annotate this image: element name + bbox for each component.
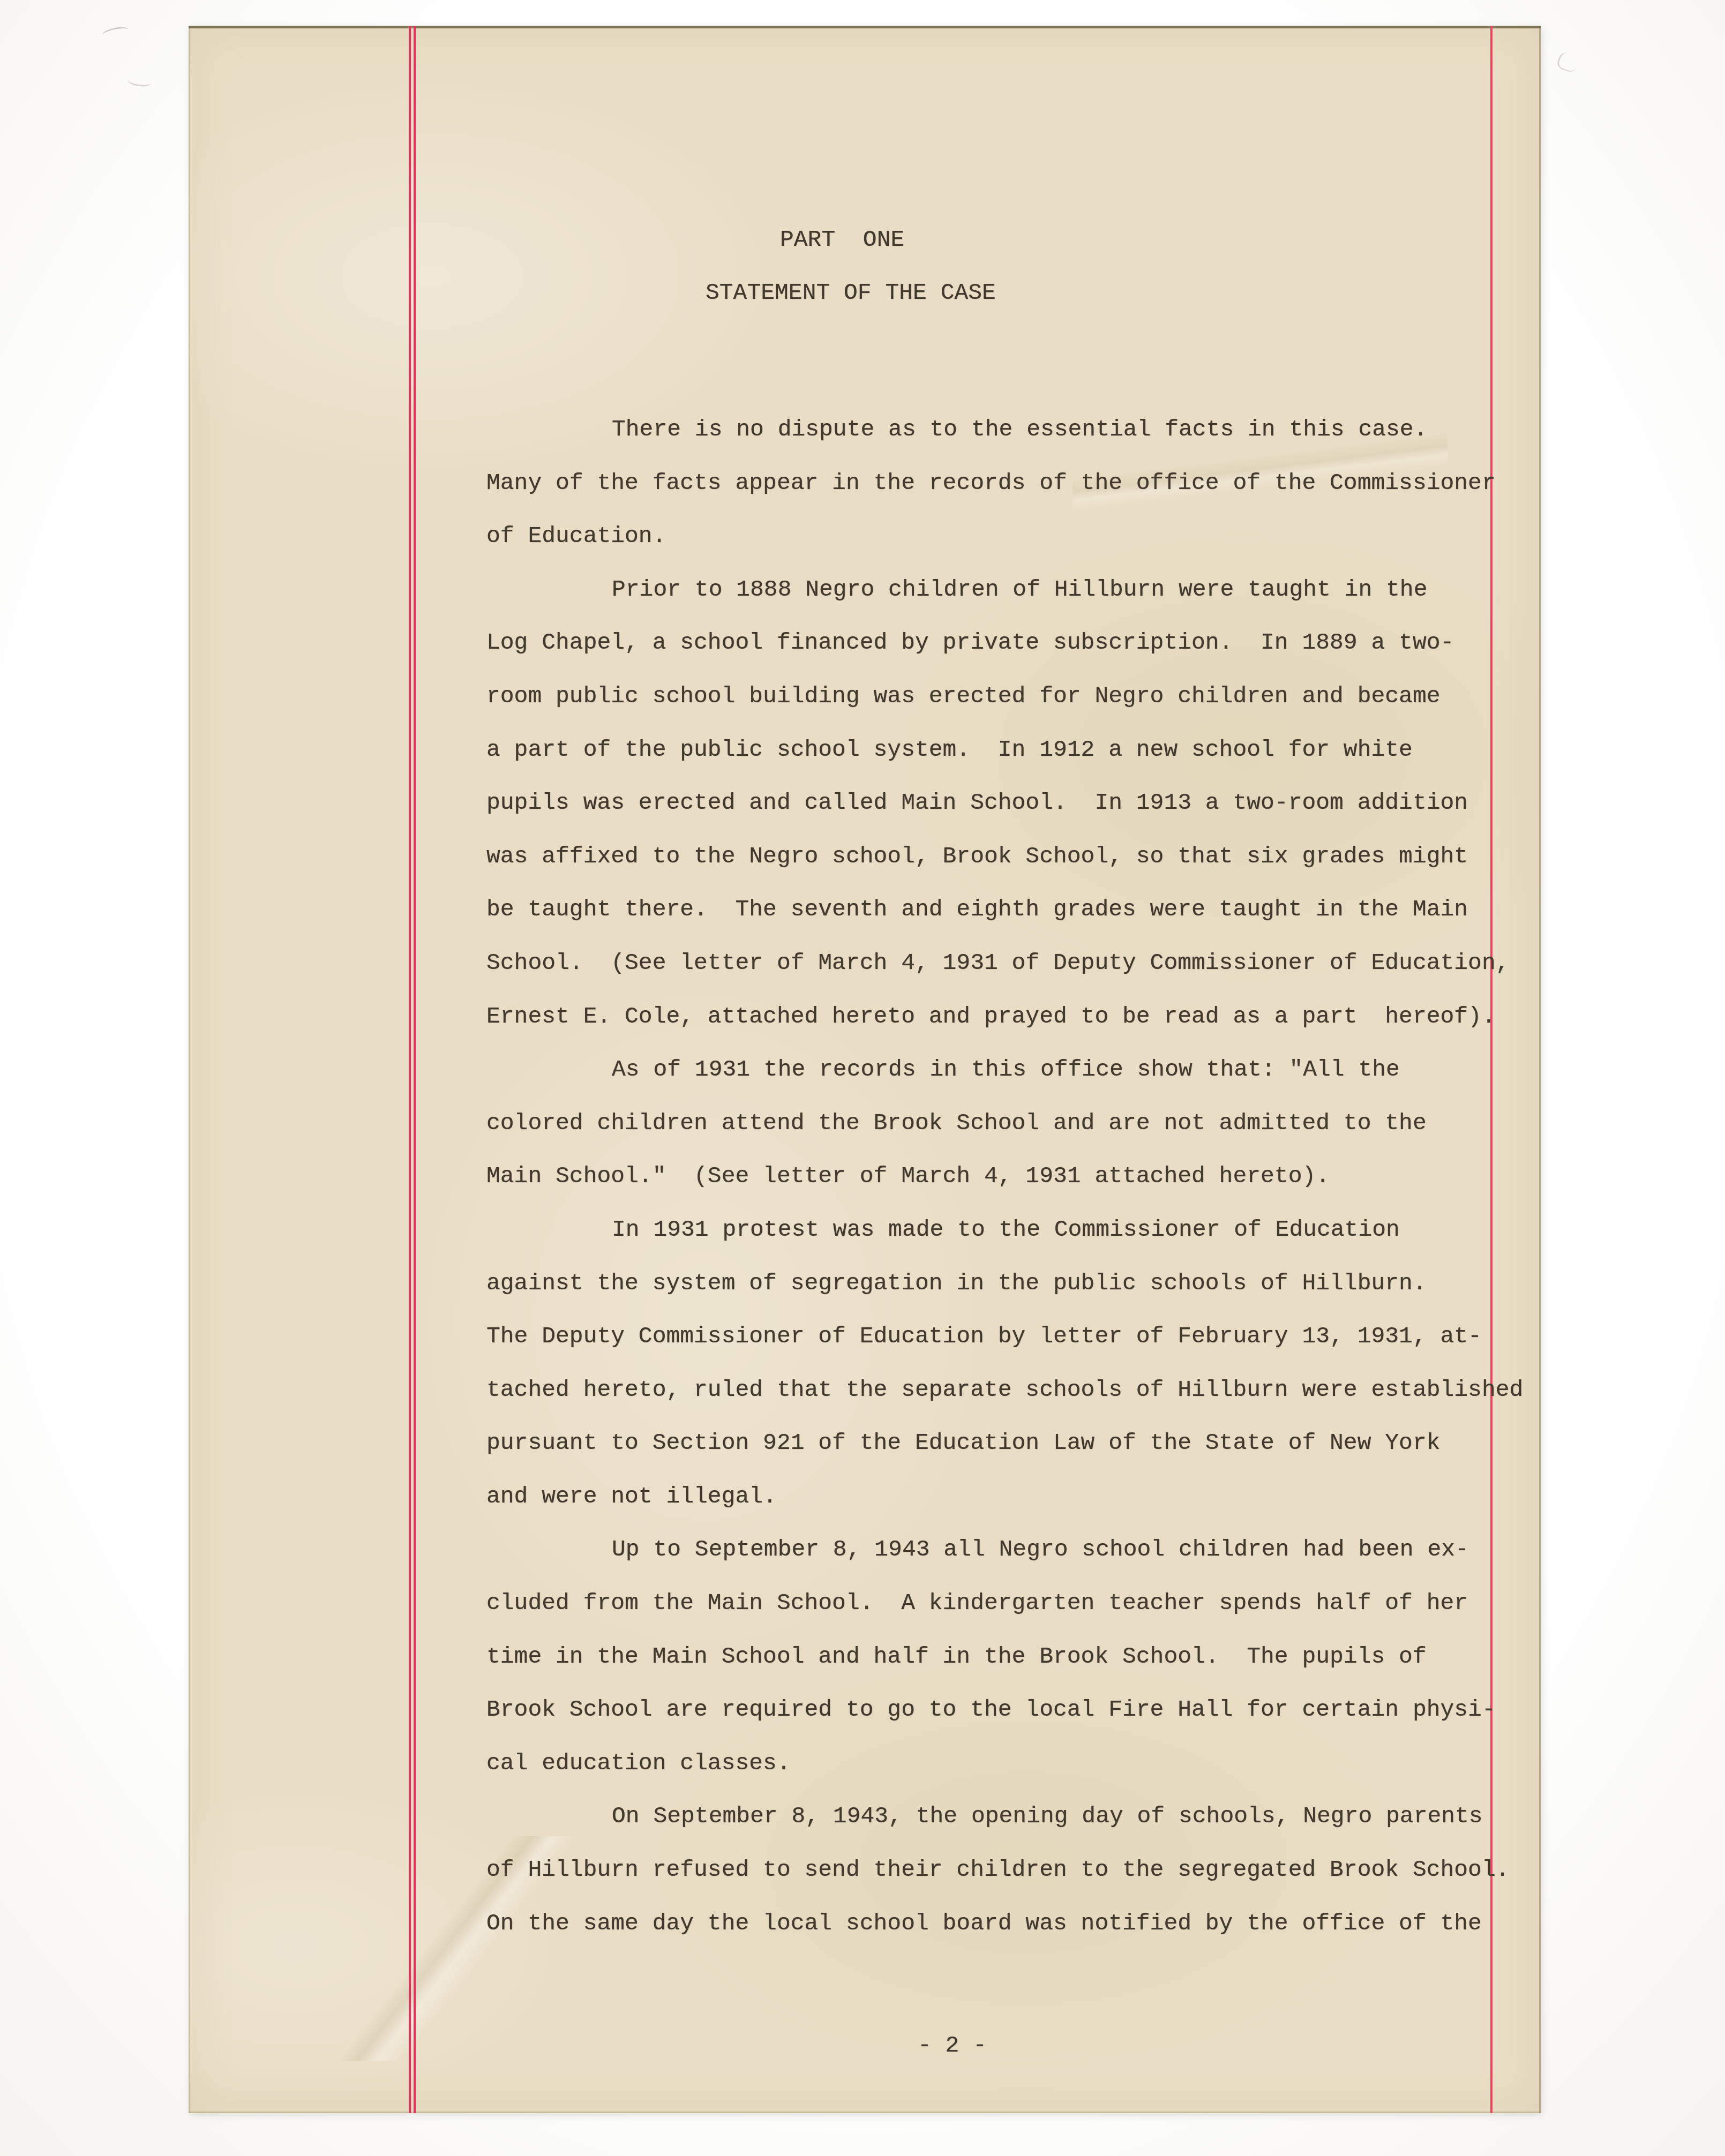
text-line: was affixed to the Negro school, Brook S… (486, 830, 1523, 883)
page-number: - 2 - (918, 2019, 987, 2072)
part-heading: PART ONE (780, 213, 904, 267)
text-line: Ernest E. Cole, attached hereto and pray… (486, 990, 1523, 1043)
scan-smudge (127, 74, 152, 88)
text-line: Log Chapel, a school financed by private… (486, 616, 1523, 670)
text-line: Main School." (See letter of March 4, 19… (486, 1150, 1523, 1203)
text-line: School. (See letter of March 4, 1931 of … (486, 936, 1523, 990)
text-line: cluded from the Main School. A kindergar… (486, 1576, 1523, 1630)
text-line: tached hereto, ruled that the separate s… (486, 1363, 1523, 1417)
text-line: of Education. (486, 509, 1523, 563)
text-line: There is no dispute as to the essential … (486, 403, 1523, 456)
text-line: of Hillburn refused to send their childr… (486, 1843, 1523, 1897)
text-line: time in the Main School and half in the … (486, 1630, 1523, 1684)
text-line: be taught there. The seventh and eighth … (486, 883, 1523, 936)
text-line: On the same day the local school board w… (486, 1897, 1523, 1950)
scan-smudge (1555, 51, 1580, 74)
left-margin-rule (409, 26, 416, 2113)
scan-smudge (101, 25, 129, 40)
text-line: pupils was erected and called Main Schoo… (486, 776, 1523, 830)
text-line: cal education classes. (486, 1737, 1523, 1790)
text-line: room public school building was erected … (486, 670, 1523, 723)
text-line: On September 8, 1943, the opening day of… (486, 1790, 1523, 1843)
page-title: STATEMENT OF THE CASE (706, 266, 996, 320)
text-line: The Deputy Commissioner of Education by … (486, 1310, 1523, 1363)
text-line: Many of the facts appear in the records … (486, 456, 1523, 510)
text-line: Up to September 8, 1943 all Negro school… (486, 1523, 1523, 1576)
text-line: colored children attend the Brook School… (486, 1096, 1523, 1150)
text-line: a part of the public school system. In 1… (486, 723, 1523, 777)
scanned-document: { "document": { "type": "typewritten-leg… (0, 0, 1725, 2156)
text-line: In 1931 protest was made to the Commissi… (486, 1203, 1523, 1257)
text-line: and were not illegal. (486, 1470, 1523, 1523)
text-line: As of 1931 the records in this office sh… (486, 1043, 1523, 1096)
paper-sheet: PART ONE STATEMENT OF THE CASE There is … (189, 26, 1541, 2113)
body-text: There is no dispute as to the essential … (486, 403, 1523, 1950)
text-line: pursuant to Section 921 of the Education… (486, 1416, 1523, 1470)
text-line: Brook School are required to go to the l… (486, 1683, 1523, 1737)
text-line: against the system of segregation in the… (486, 1257, 1523, 1310)
text-line: Prior to 1888 Negro children of Hillburn… (486, 563, 1523, 617)
